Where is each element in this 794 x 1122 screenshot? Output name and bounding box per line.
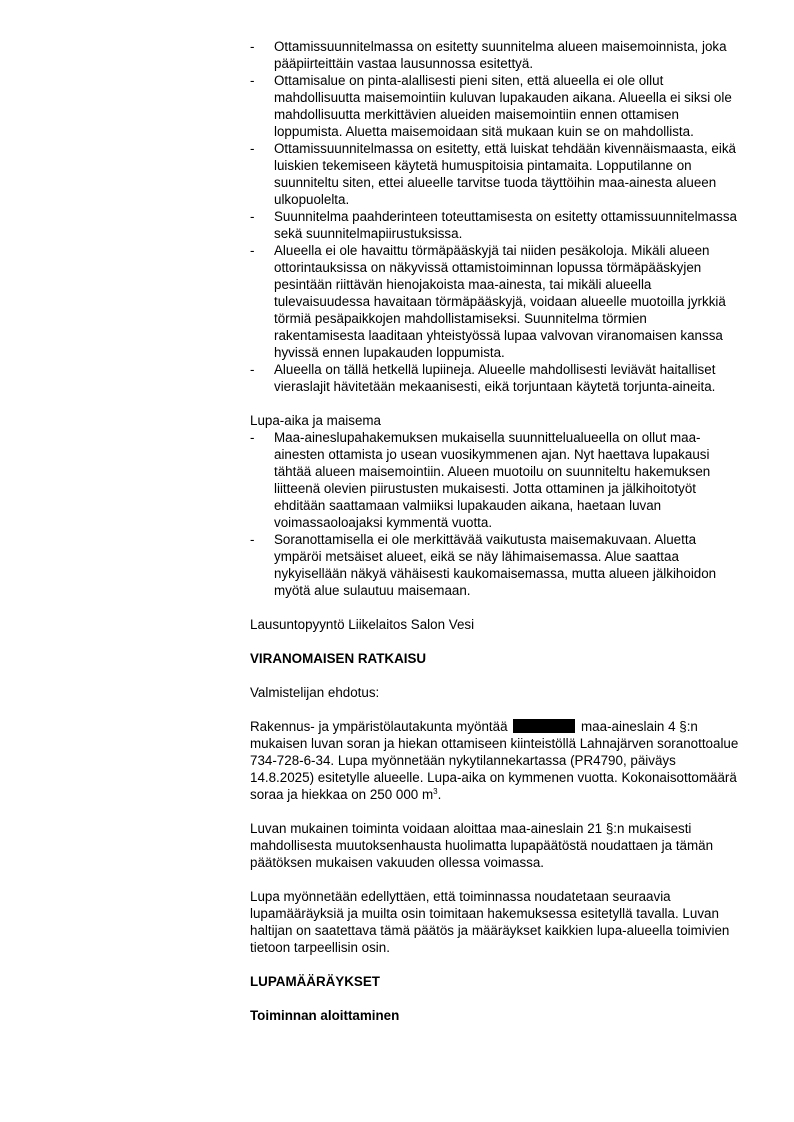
bullet-list-lupa-aika: -Maa-aineslupahakemuksen mukaisella suun…	[250, 429, 740, 599]
section-heading-ratkaisu: VIRANOMAISEN RATKAISU	[250, 650, 740, 667]
start-conditions-paragraph: Luvan mukainen toiminta voidaan aloittaa…	[250, 820, 740, 871]
conditions-paragraph: Lupa myönnetään edellyttäen, että toimin…	[250, 888, 740, 956]
bullet-list-top: -Ottamissuunnitelmassa on esitetty suunn…	[250, 38, 740, 395]
section-title-lupa-aika: Lupa-aika ja maisema	[250, 412, 740, 429]
lausuntopyynto: Lausuntopyyntö Liikelaitos Salon Vesi	[250, 616, 740, 633]
proposal-label: Valmistelijan ehdotus:	[250, 684, 740, 701]
list-item: -Soranottamisella ei ole merkittävää vai…	[250, 531, 740, 599]
list-item: -Alueella on tällä hetkellä lupiineja. A…	[250, 361, 740, 395]
decision-paragraph: Rakennus- ja ympäristölautakunta myöntää…	[250, 718, 740, 803]
list-item: -Ottamisalue on pinta-alallisesti pieni …	[250, 72, 740, 140]
document-page: -Ottamissuunnitelmassa on esitetty suunn…	[250, 38, 740, 1024]
redacted-name	[513, 719, 575, 733]
list-item: -Ottamissuunnitelmassa on esitetty suunn…	[250, 38, 740, 72]
list-item: -Alueella ei ole havaittu törmäpääskyjä …	[250, 242, 740, 361]
subheading-toiminnan-aloittaminen: Toiminnan aloittaminen	[250, 1007, 740, 1024]
list-item: -Ottamissuunnitelmassa on esitetty, että…	[250, 140, 740, 208]
list-item: -Maa-aineslupahakemuksen mukaisella suun…	[250, 429, 740, 531]
section-heading-lupamaaraykset: LUPAMÄÄRÄYKSET	[250, 973, 740, 990]
list-item: -Suunnitelma paahderinteen toteuttamises…	[250, 208, 740, 242]
